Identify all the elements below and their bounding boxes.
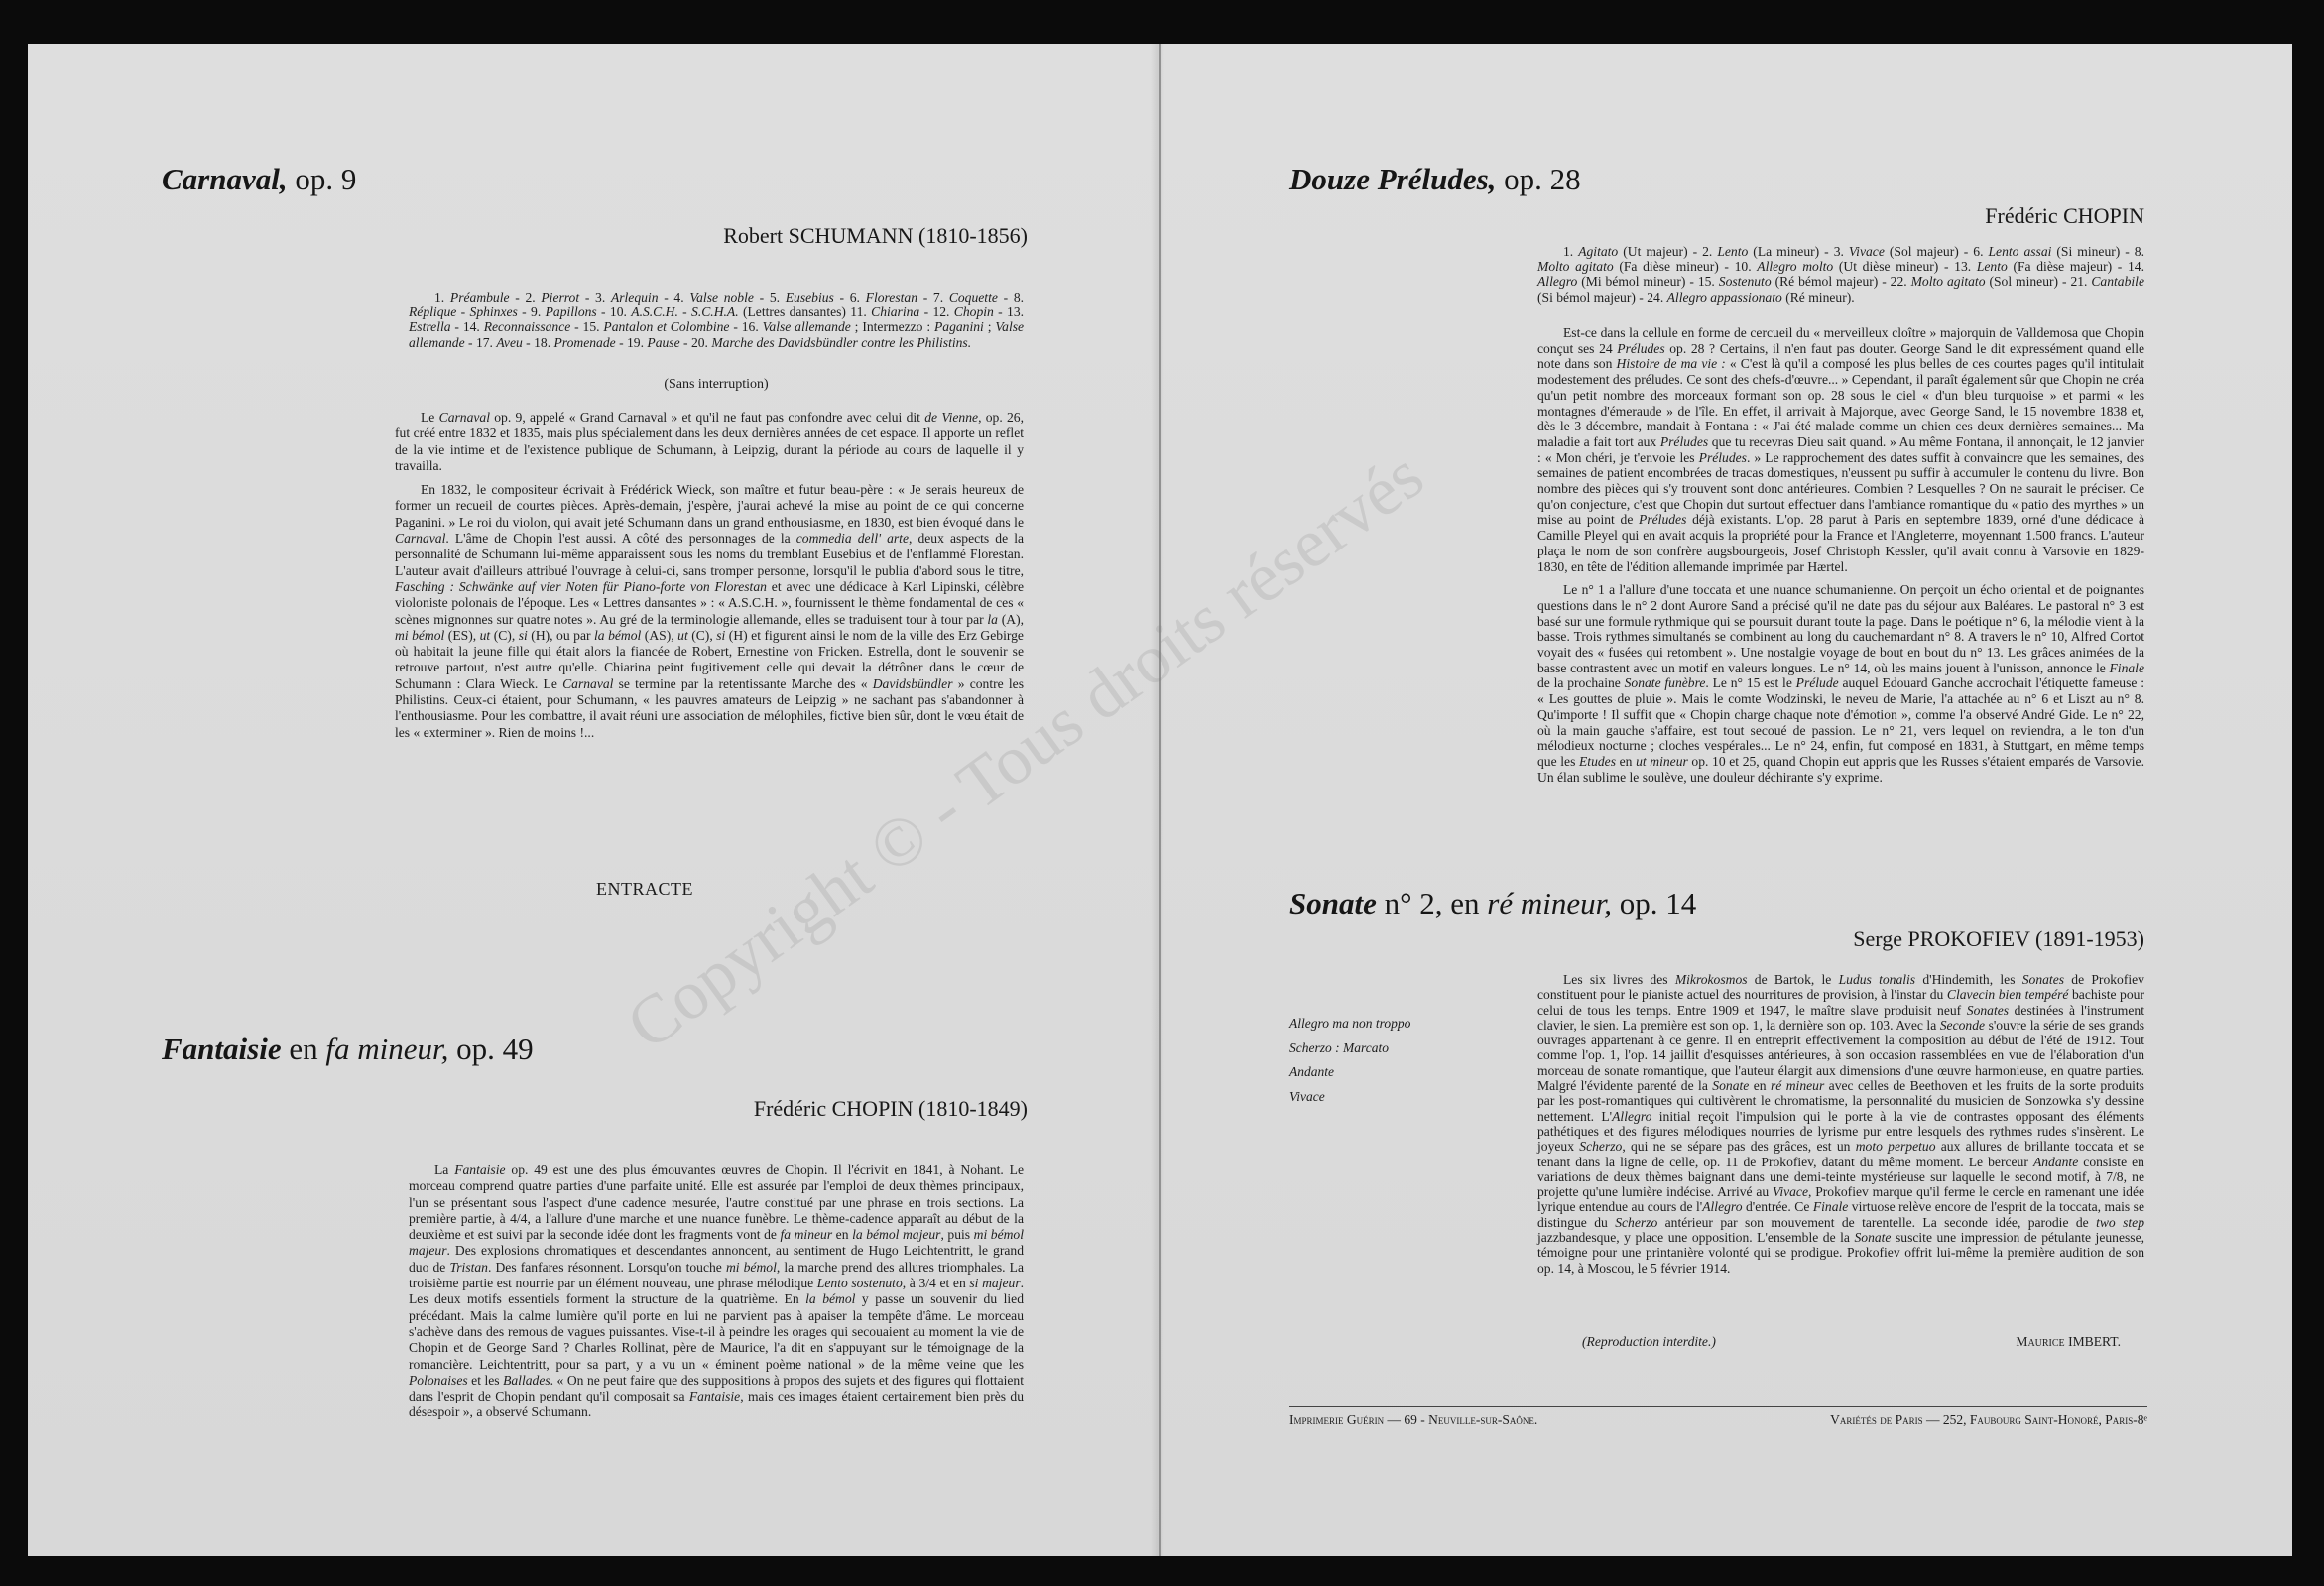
carnaval-text: Le Carnaval op. 9, appelé « Grand Carnav… (395, 410, 1024, 749)
footer-rule (1289, 1406, 2147, 1407)
carnaval-title-work: Carnaval, (162, 162, 288, 196)
preludes-movements: 1. Agitato (Ut majeur) - 2. Lento (La mi… (1537, 244, 2144, 305)
footer-publisher-text: Variétés de Paris — 252, Faubourg Saint-… (1830, 1412, 2147, 1427)
movement-item: Scherzo : Marcato (1289, 1037, 1508, 1061)
movement-item: Andante (1289, 1060, 1508, 1085)
fantaisie-title: Fantaisie en fa mineur, op. 49 (162, 1032, 534, 1067)
preludes-text: Est-ce dans la cellule en forme de cercu… (1537, 325, 2144, 793)
fantaisie-composer: Frédéric CHOPIN (1810-1849) (754, 1096, 1028, 1122)
carnaval-movements: 1. Préambule - 2. Pierrot - 3. Arlequin … (409, 290, 1024, 350)
sonate-title-work: Sonate (1289, 886, 1377, 920)
spine-shadow (1151, 44, 1164, 1556)
paragraph: Le Carnaval op. 9, appelé « Grand Carnav… (395, 410, 1024, 474)
sonate-movements: Allegro ma non troppo Scherzo : Marcato … (1289, 1012, 1508, 1109)
paragraph: Est-ce dans la cellule en forme de cercu… (1537, 325, 2144, 574)
footer-publisher: Variétés de Paris — 252, Faubourg Saint-… (1830, 1412, 2147, 1428)
entracte-label: ENTRACTE (466, 879, 823, 900)
movement-item: Allegro ma non troppo (1289, 1012, 1508, 1037)
sonate-title-key: ré mineur, (1487, 886, 1612, 920)
fantaisie-title-en: en (289, 1032, 317, 1066)
fantaisie-title-key: fa mineur, (325, 1032, 448, 1066)
paragraph: En 1832, le compositeur écrivait à Frédé… (395, 482, 1024, 741)
reproduction-note: (Reproduction interdite.) (1582, 1334, 1716, 1350)
fantaisie-text: La Fantaisie op. 49 est une des plus émo… (409, 1162, 1024, 1429)
paragraph: Les six livres des Mikrokosmos de Bartok… (1537, 972, 2144, 1276)
sonate-text: Les six livres des Mikrokosmos de Bartok… (1537, 972, 2144, 1283)
sonate-composer: Serge PROKOFIEV (1891-1953) (1853, 926, 2144, 952)
footer-printer-text: Imprimerie Guérin — 69 - Neuville-sur-Sa… (1289, 1412, 1537, 1427)
fantaisie-title-opus: op. 49 (456, 1032, 534, 1066)
carnaval-composer: Robert SCHUMANN (1810-1856) (723, 223, 1028, 249)
sonate-title-number: n° 2, en (1385, 886, 1480, 920)
sonate-title: Sonate n° 2, en ré mineur, op. 14 (1289, 886, 1696, 921)
footer-printer: Imprimerie Guérin — 69 - Neuville-sur-Sa… (1289, 1412, 1537, 1428)
preludes-title-opus: op. 28 (1504, 162, 1581, 196)
sonate-title-opus: op. 14 (1620, 886, 1697, 920)
carnaval-title: Carnaval, op. 9 (162, 162, 356, 197)
paragraph: Le n° 1 a l'allure d'une toccata et une … (1537, 582, 2144, 785)
carnaval-title-opus: op. 9 (295, 162, 356, 196)
paragraph: La Fantaisie op. 49 est une des plus émo… (409, 1162, 1024, 1421)
movement-item: Vivace (1289, 1085, 1508, 1110)
fantaisie-title-work: Fantaisie (162, 1032, 282, 1066)
preludes-composer: Frédéric CHOPIN (1985, 203, 2144, 229)
author-signature: Maurice IMBERT. (2016, 1334, 2121, 1350)
carnaval-note: (Sans interruption) (409, 377, 1024, 393)
preludes-title: Douze Préludes, op. 28 (1289, 162, 1581, 197)
preludes-title-work: Douze Préludes, (1289, 162, 1496, 196)
